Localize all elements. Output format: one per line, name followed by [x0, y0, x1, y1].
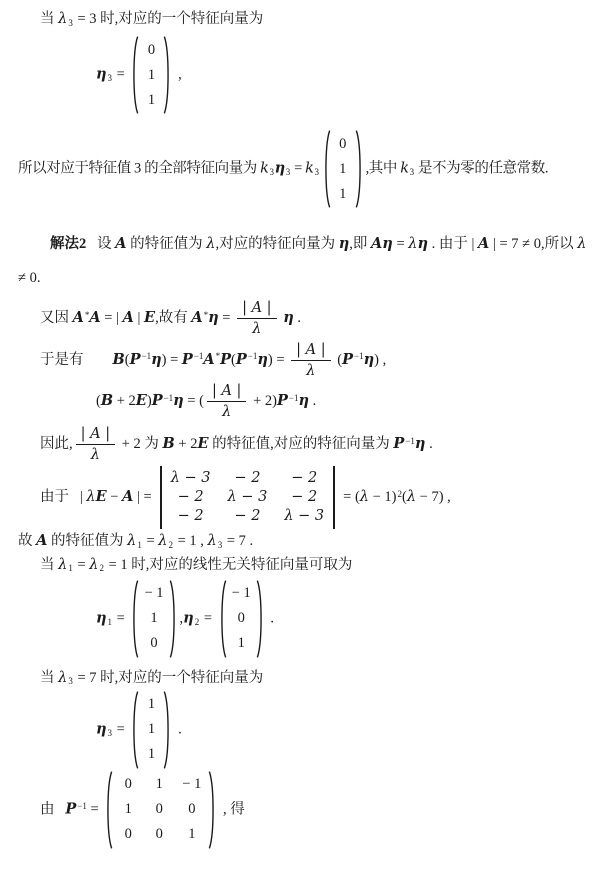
- text-run: = |: [101, 310, 123, 326]
- text-run: 3: [67, 676, 74, 686]
- text-run: 所以对应于特征值 3 的全部特征向量为: [18, 161, 260, 177]
- column-vector: − 110: [130, 579, 177, 659]
- determinant-entry: − 2: [171, 488, 211, 507]
- text-run: *: [215, 351, 221, 361]
- matrix-entry: 0: [151, 822, 167, 847]
- text-run: η: [96, 66, 107, 83]
- matrix-entry: 1: [182, 822, 201, 847]
- p-b-plus-2e-line: (B + 2E)P−1η = (| A |λ + 2)P−1η .: [96, 382, 594, 421]
- text-run: ,故有: [155, 310, 191, 326]
- text-run: k: [260, 161, 268, 177]
- text-run: + 2 为: [118, 436, 162, 452]
- text-run: ) ,: [374, 352, 386, 368]
- text-run: . 由于 |: [428, 236, 478, 252]
- text-run: Aη: [371, 235, 393, 252]
- determinant-entry: λ − 3: [171, 469, 211, 488]
- text-run: 1: [107, 617, 114, 627]
- left-paren-icon: [218, 579, 227, 659]
- p-all-eigenvectors-k3: 所以对应于特征值 3 的全部特征向量为 k3η3 = k3011,其中 k3 是…: [18, 129, 594, 209]
- text-run: P: [277, 392, 288, 409]
- text-run: =: [113, 610, 128, 626]
- p-lambda3-eq-3: 当 λ3 = 3 时,对应的一个特征向量为: [18, 8, 594, 31]
- right-paren-icon: [163, 690, 172, 770]
- text-run: P: [130, 351, 141, 368]
- vector-entry: 0: [147, 631, 161, 656]
- text-run: =: [200, 610, 215, 626]
- text-run: =: [393, 236, 408, 252]
- p-conclusion-eigenvalue: 因此,| A |λ + 2 为 B + 2E 的特征值,对应的特征向量为 P−1…: [18, 425, 594, 464]
- text-run: λ: [208, 533, 217, 549]
- display-eta3-vector: η3 = 011 ,: [96, 35, 594, 115]
- text-run: = 3 时,对应的一个特征向量为: [74, 11, 263, 27]
- determinant-entry: − 2: [284, 469, 324, 488]
- text-run: η: [339, 235, 350, 252]
- text-run: .: [294, 310, 301, 326]
- text-run: 又因: [40, 310, 73, 326]
- left-paren-icon: [130, 690, 139, 770]
- text-run: 的特征值为: [47, 533, 127, 549]
- text-run: + 2: [175, 436, 198, 452]
- display-eta3-vector-2: η3 = 111 .: [96, 690, 594, 770]
- text-run: P: [393, 435, 404, 452]
- text-run: η: [208, 309, 219, 326]
- text-run: A: [123, 309, 134, 326]
- text-run: |: [134, 310, 144, 326]
- matrix-entry: 0: [151, 797, 167, 822]
- text-run: 是不为零的任意常数.: [415, 161, 548, 177]
- text-run: −1: [76, 801, 87, 811]
- text-run: =: [113, 67, 128, 83]
- text-run: − 7) ,: [416, 489, 451, 505]
- matrix-entry: − 1: [182, 772, 201, 797]
- text-run: 3: [285, 167, 291, 177]
- text-run: −: [107, 489, 122, 505]
- text-run: 由: [40, 801, 65, 817]
- text-run: B: [113, 351, 125, 368]
- fraction: | A |λ: [291, 341, 330, 380]
- vector-entry: 1: [144, 88, 158, 113]
- right-paren-icon: [163, 35, 172, 115]
- text-run: −1: [288, 393, 299, 403]
- text-run: (: [334, 352, 342, 368]
- text-run: 1: [136, 540, 143, 550]
- text-run: 3: [107, 728, 114, 738]
- text-run: 由于 |: [40, 489, 86, 505]
- text-run: λ: [577, 236, 586, 252]
- matrix-entry: 0: [120, 772, 136, 797]
- text-run: | =: [133, 489, 155, 505]
- text-run: η: [173, 392, 184, 409]
- vector-entry: 1: [336, 182, 350, 207]
- text-run: P: [65, 800, 76, 817]
- p-p-inverse-matrix: 由 P−1 = 01− 1100001 , 得: [18, 770, 594, 850]
- matrix-entries: 01− 1100001: [113, 771, 208, 848]
- text-run: 3: [107, 73, 114, 83]
- text-run: η: [417, 235, 428, 252]
- text-run: E: [136, 392, 147, 409]
- text-run: = (: [340, 489, 360, 505]
- text-run: =: [74, 557, 89, 573]
- left-paren-icon: [104, 770, 113, 850]
- text-run: η: [151, 351, 162, 368]
- text-run: A: [73, 309, 84, 326]
- text-run: =: [219, 310, 234, 326]
- text-run: = 1 时,对应的线性无关特征向量可取为: [105, 557, 352, 573]
- text-run: *: [84, 310, 90, 320]
- text-run: 因此,: [40, 436, 73, 452]
- right-paren-icon: [256, 579, 265, 659]
- text-run: 2: [167, 540, 174, 550]
- text-run: 1: [67, 563, 74, 573]
- determinant-entry: λ − 3: [284, 507, 324, 526]
- text-run: =: [113, 721, 128, 737]
- matrix-entry: 0: [120, 822, 136, 847]
- text-run: = 1 ,: [174, 533, 208, 549]
- column-vector: − 101: [218, 579, 265, 659]
- p-b-transform-line: 于是有 B(P−1η) = P−1A*P(P−1η) = | A |λ (P−1…: [18, 341, 594, 380]
- text-run: P: [220, 351, 231, 368]
- determinant-entries: λ − 3− 2− 2− 2λ − 3− 2− 2− 2λ − 3: [162, 466, 333, 529]
- text-run: =: [143, 533, 158, 549]
- fraction-denominator: λ: [91, 445, 100, 464]
- text-run: λ: [407, 489, 416, 505]
- text-run: .: [425, 436, 432, 452]
- document-page: 当 λ3 = 3 时,对应的一个特征向量为 η3 = 011 , 所以对应于特征…: [0, 0, 608, 850]
- text-run: ,: [174, 67, 181, 83]
- right-paren-icon: [169, 579, 178, 659]
- text-run: 2: [397, 489, 403, 499]
- vector-entry: 1: [144, 717, 158, 742]
- text-run: η: [283, 309, 294, 326]
- vector-entry: − 1: [232, 581, 251, 606]
- display-eta1-eta2: η1 = − 110,η2 = − 101 .: [96, 579, 594, 659]
- fraction-denominator: λ: [222, 402, 231, 421]
- text-run: B: [163, 435, 175, 452]
- text-run: E: [96, 488, 107, 505]
- left-paren-icon: [322, 129, 331, 209]
- fraction: | A |λ: [237, 299, 276, 338]
- left-paren-icon: [130, 579, 139, 659]
- determinant: λ − 3− 2− 2− 2λ − 3− 2− 2− 2λ − 3: [160, 466, 334, 529]
- text-run: −1: [193, 351, 204, 361]
- text-run: ) =: [268, 352, 288, 368]
- determinant-entry: − 2: [284, 488, 324, 507]
- matrix-entry: 1: [151, 772, 167, 797]
- text-run: 3: [313, 167, 319, 177]
- matrix-entries: − 110: [139, 580, 168, 657]
- matrix-entry: 0: [182, 797, 201, 822]
- matrix-entry: 1: [120, 797, 136, 822]
- text-run: *: [203, 310, 209, 320]
- fraction: | A |λ: [207, 382, 246, 421]
- text-run: A: [191, 309, 202, 326]
- text-run: −1: [163, 393, 174, 403]
- text-run: η: [257, 351, 268, 368]
- matrix-entries: − 101: [227, 580, 256, 657]
- matrix-entries: 111: [139, 691, 163, 768]
- text-run: 当: [40, 670, 58, 686]
- matrix-entries: 011: [331, 131, 355, 208]
- text-run: 当: [40, 11, 58, 27]
- text-run: k: [400, 161, 408, 177]
- vector-entry: 0: [234, 606, 248, 631]
- text-run: = 7 .: [223, 533, 253, 549]
- p-eigenvalues-result: 故 A 的特征值为 λ1 = λ2 = 1 , λ3 = 7 .: [18, 529, 594, 553]
- text-run: λ: [58, 670, 67, 686]
- text-run: =: [291, 161, 305, 177]
- text-run: ,即: [349, 236, 371, 252]
- text-run: A: [122, 488, 133, 505]
- text-run: −1: [353, 351, 364, 361]
- p-lambda3-7-case: 当 λ3 = 7 时,对应的一个特征向量为: [18, 667, 594, 690]
- text-run: ≠ 0.: [18, 270, 40, 286]
- text-run: −1: [404, 436, 415, 446]
- text-run: = 7 时,对应的一个特征向量为: [74, 670, 263, 686]
- p-adjugate-relation: 又因 A*A = | A | E,故有 A*η = | A |λ η .: [18, 299, 594, 338]
- text-run: η: [96, 609, 107, 626]
- text-run: .: [267, 610, 274, 626]
- p-lambda12-case: 当 λ1 = λ2 = 1 时,对应的线性无关特征向量可取为: [18, 554, 594, 577]
- text-run: λ: [360, 489, 369, 505]
- matrix: 01− 1100001: [104, 770, 217, 850]
- determinant-entry: − 2: [228, 507, 268, 526]
- vector-entry: − 1: [144, 581, 163, 606]
- column-vector: 011: [130, 35, 172, 115]
- right-paren-icon: [355, 129, 364, 209]
- text-run: P: [342, 351, 353, 368]
- right-paren-icon: [208, 770, 217, 850]
- text-run: P: [152, 392, 163, 409]
- fraction-numerator: | A |: [76, 425, 115, 445]
- text-run: E: [197, 435, 208, 452]
- text-run: 于是有: [40, 352, 113, 368]
- fraction: | A |λ: [76, 425, 115, 464]
- text-run: η: [298, 392, 309, 409]
- text-run: 解法2: [50, 236, 86, 252]
- text-run: 3: [67, 18, 74, 28]
- vector-entry: 1: [336, 157, 350, 182]
- text-run: A: [203, 351, 214, 368]
- vector-entry: 1: [147, 606, 161, 631]
- vector-entry: 0: [336, 132, 350, 157]
- left-paren-icon: [130, 35, 139, 115]
- text-run: η: [415, 435, 426, 452]
- vector-entry: 1: [144, 692, 158, 717]
- text-run: A: [478, 235, 489, 252]
- determinant-entry: λ − 3: [228, 488, 268, 507]
- determinant-entry: − 2: [171, 507, 211, 526]
- vector-entry: 0: [144, 38, 158, 63]
- text-run: = (: [184, 393, 204, 409]
- text-run: λ: [86, 489, 95, 505]
- text-run: λ: [58, 557, 67, 573]
- column-vector: 011: [322, 129, 364, 209]
- text-run: 2: [98, 563, 105, 573]
- text-run: E: [144, 309, 155, 326]
- text-run: 2: [194, 617, 201, 627]
- text-run: P: [182, 351, 193, 368]
- text-run: − 1): [369, 489, 397, 505]
- text-run: ,对应的特征向量为: [215, 236, 338, 252]
- fraction-numerator: | A |: [237, 299, 276, 319]
- text-run: B: [101, 392, 113, 409]
- text-run: 3: [269, 167, 275, 177]
- text-run: A: [89, 309, 100, 326]
- text-run: A: [115, 235, 126, 252]
- text-run: −1: [247, 351, 258, 361]
- text-run: | = 7 ≠ 0,所以: [489, 236, 577, 252]
- text-run: 3: [217, 540, 224, 550]
- text-run: .: [309, 393, 316, 409]
- text-run: 当: [40, 557, 58, 573]
- text-run: λ: [127, 533, 136, 549]
- text-run: η: [183, 609, 194, 626]
- determinant-entry: − 2: [228, 469, 268, 488]
- text-run: .: [174, 721, 181, 737]
- text-run: + 2): [249, 393, 277, 409]
- text-run: η: [96, 720, 107, 737]
- text-run: −1: [141, 351, 152, 361]
- text-run: ,其中: [366, 161, 401, 177]
- text-run: + 2: [113, 393, 136, 409]
- text-run: , 得: [219, 801, 244, 817]
- matrix-entries: 011: [139, 37, 163, 114]
- determinant-right-bar: [333, 466, 334, 529]
- vector-entry: 1: [234, 631, 248, 656]
- p-solution2-intro: 解法2 设 A 的特征值为 λ,对应的特征向量为 η,即 Aη = λη . 由…: [18, 227, 594, 295]
- text-run: =: [87, 801, 102, 817]
- text-run: 故: [18, 533, 36, 549]
- text-run: P: [236, 351, 247, 368]
- fraction-numerator: | A |: [207, 382, 246, 402]
- p-characteristic-determinant: 由于 | λE − A | = λ − 3− 2− 2− 2λ − 3− 2− …: [18, 466, 594, 529]
- text-run: 设: [86, 236, 115, 252]
- text-run: 的特征值,对应的特征向量为: [209, 436, 394, 452]
- vector-entry: 1: [144, 63, 158, 88]
- text-run: η: [275, 160, 285, 177]
- text-run: 3: [409, 167, 415, 177]
- text-run: λ: [58, 11, 67, 27]
- column-vector: 111: [130, 690, 172, 770]
- text-run: ) =: [162, 352, 182, 368]
- text-run: A: [36, 532, 47, 549]
- fraction-numerator: | A |: [291, 341, 330, 361]
- vector-entry: 1: [144, 742, 158, 767]
- text-run: η: [364, 351, 375, 368]
- text-run: 的特征值为: [127, 236, 207, 252]
- fraction-denominator: λ: [252, 319, 261, 338]
- fraction-denominator: λ: [306, 361, 315, 380]
